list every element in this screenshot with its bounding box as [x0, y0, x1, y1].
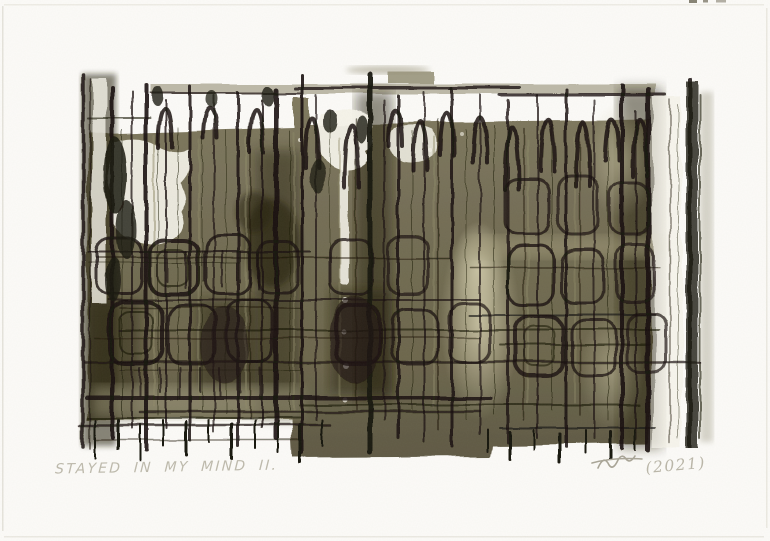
artwork-photo: STAYED IN MY MIND II. (2021) — [0, 0, 770, 541]
artwork-canvas: STAYED IN MY MIND II. (2021) — [0, 0, 770, 541]
